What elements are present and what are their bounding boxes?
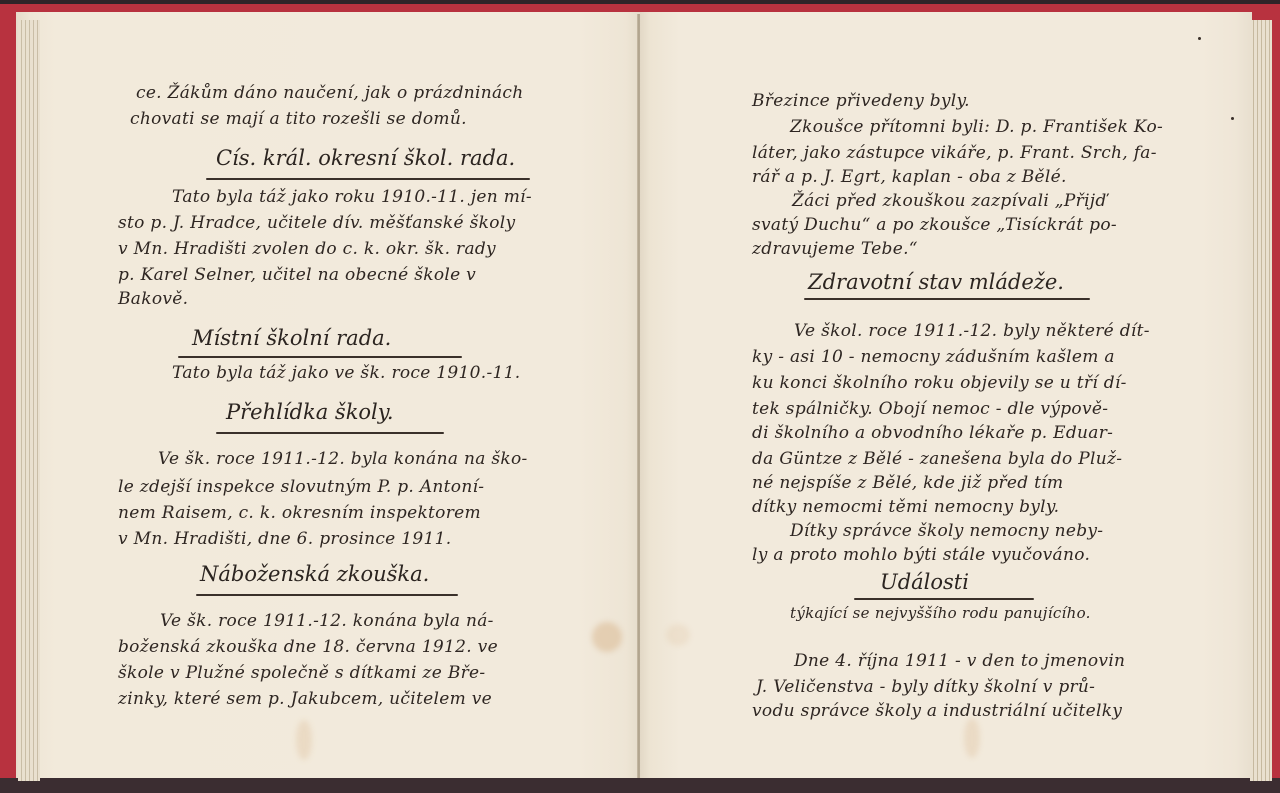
right-line: Dne 4. října 1911 - v den to jmenovin [794, 648, 1125, 674]
background-bottom [0, 778, 1280, 793]
right-line: Žáci před zkouškou zazpívali „Přijď [792, 188, 1107, 214]
right-line: Dítky správce školy nemocny neby- [790, 518, 1103, 544]
left-line: chovati se mají a tito rozešli se domů. [130, 106, 467, 132]
left-line: nem Raisem, c. k. okresním inspektorem [118, 500, 481, 526]
left-line: p. Karel Selner, učitel na obecné škole … [118, 262, 476, 288]
heading-underline [206, 178, 530, 180]
right-line: ku konci školního roku objevily se u tří… [752, 370, 1127, 396]
left-page-edges [18, 20, 40, 781]
section-subheading: týkající se nejvyššího rodu panujícího. [790, 600, 1091, 626]
heading-underline [216, 432, 444, 434]
section-heading: Náboženská zkouška. [200, 562, 429, 586]
left-line: zinky, které sem p. Jakubcem, učitelem v… [118, 686, 492, 712]
left-line: v Mn. Hradišti, dne 6. prosince 1911. [118, 526, 451, 552]
left-line: Tato byla táž jako ve šk. roce 1910.-11. [172, 360, 520, 386]
right-line: rář a p. J. Egrt, kaplan - oba z Bělé. [752, 164, 1067, 190]
stain [296, 720, 312, 760]
right-line: dítky nemocmi těmi nemocny byly. [752, 494, 1059, 520]
heading-underline [178, 356, 462, 358]
left-line: Ve šk. roce 1911.-12. konána byla ná- [160, 608, 494, 634]
right-line: Zkoušce přítomni byli: D. p. František K… [790, 114, 1163, 140]
right-line: di školního a obvodního lékaře p. Eduar- [752, 420, 1113, 446]
stain [666, 624, 690, 646]
right-line: zdravujeme Tebe.“ [752, 236, 918, 262]
left-line: Tato byla táž jako roku 1910.-11. jen mí… [172, 184, 532, 210]
ink-dot [1198, 37, 1201, 40]
heading-underline [804, 298, 1090, 300]
right-line: né nejspíše z Bělé, kde již před tím [752, 470, 1063, 496]
left-line: škole v Plužné společně s dítkami ze Bře… [118, 660, 485, 686]
right-line: Březince přivedeny byly. [752, 88, 970, 114]
section-heading: Místní školní rada. [192, 326, 391, 350]
left-line: Bakově. [118, 286, 188, 312]
right-line: J. Veličenstva - byly dítky školní v prů… [756, 674, 1095, 700]
left-line: ce. Žákům dáno naučení, jak o prázdninác… [136, 80, 524, 106]
left-line: le zdejší inspekce slovutným P. p. Anton… [118, 474, 484, 500]
stain [592, 622, 622, 652]
section-heading: Cís. král. okresní škol. rada. [216, 146, 515, 170]
right-page-edges [1250, 20, 1272, 781]
ink-dot [1231, 117, 1234, 120]
right-line: tek spálničky. Obojí nemoc - dle výpově- [752, 396, 1108, 422]
right-line: svatý Duchu“ a po zkoušce „Tisíckrát po- [752, 212, 1117, 238]
right-line: ly a proto mohlo býti stále vyučováno. [752, 542, 1090, 568]
section-heading: Přehlídka školy. [226, 400, 394, 424]
left-line: Ve šk. roce 1911.-12. byla konána na ško… [158, 446, 528, 472]
right-line: vodu správce školy a industriální učitel… [752, 698, 1122, 724]
heading-underline [196, 594, 458, 596]
left-line: v Mn. Hradišti zvolen do c. k. okr. šk. … [118, 236, 496, 262]
section-heading: Zdravotní stav mládeže. [808, 270, 1064, 294]
left-line: boženská zkouška dne 18. června 1912. ve [118, 634, 498, 660]
right-line: da Güntze z Bělé - zanešena byla do Pluž… [752, 446, 1122, 472]
section-heading: Události [880, 570, 969, 594]
right-line: Ve škol. roce 1911.-12. byly některé dít… [794, 318, 1150, 344]
right-line: ky - asi 10 - nemocny zádušním kašlem a [752, 344, 1115, 370]
stain [964, 718, 980, 758]
left-line: sto p. J. Hradce, učitele dív. měšťanské… [118, 210, 515, 236]
right-line: láter, jako zástupce vikáře, p. Frant. S… [752, 140, 1157, 166]
